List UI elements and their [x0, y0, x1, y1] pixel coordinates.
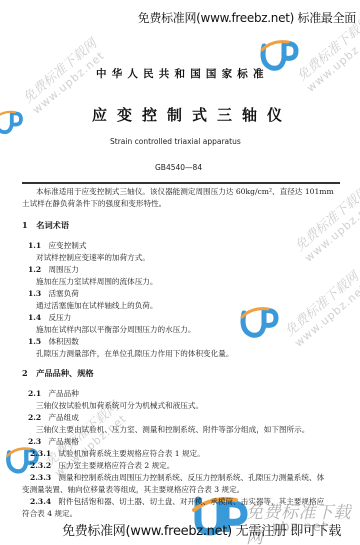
- item-text: 施加在压力室试样周围的流体压力。: [36, 276, 158, 288]
- section-number: 1: [22, 220, 28, 230]
- header-divider: [22, 182, 340, 184]
- subitem-text: 压力室主要规格应符合表 2 规定。: [58, 461, 174, 470]
- subitem-number: 2.3.3: [30, 473, 51, 482]
- item-heading: 1.3 活塞负荷: [28, 288, 79, 300]
- item-number: 2.2: [28, 413, 41, 422]
- item-heading: 1.1 应变控制式: [28, 240, 86, 252]
- document-page: 免费标准网(www.freebz.net) 标准最全面 免费标准下载网 www.…: [0, 0, 360, 545]
- subitem-number: 2.3.4: [30, 497, 51, 506]
- item-heading: 2.2 产品组成: [28, 412, 79, 424]
- item-text: 三轴仪按试验机加荷系统可分为机械式和液压式。: [36, 400, 203, 412]
- section-heading-1: 1 名词术语: [22, 219, 69, 231]
- watermark-text: 免费标准下载网 www.upbz.net: [280, 266, 360, 349]
- watermark-cn: 免费标准下载网: [283, 270, 360, 340]
- section-title: 名词术语: [36, 220, 69, 230]
- item-text: 通过活塞施加在试样轴线上的负荷。: [36, 300, 158, 312]
- item-heading: 1.4 反压力: [28, 312, 71, 324]
- subitem: 2.3.3 测量和控制系统由周围压力控制系统、反压力控制系统、孔隙压力测量系统、…: [30, 472, 324, 484]
- subitem-continuation: 变测量装置、轴向位移量表等组成，其主要规格应符合表 3 规定。: [22, 484, 244, 496]
- item-title: 周围压力: [48, 265, 78, 274]
- item-number: 1.4: [28, 313, 41, 322]
- subitem: 2.3.1 试验机加荷系统主要规格应符合表 1 规定。: [30, 448, 205, 460]
- item-title: 应变控制式: [48, 241, 86, 250]
- item-number: 1.2: [28, 265, 41, 274]
- bottom-banner: 免费标准网(www.freebz.net) 无需注册 即可下载: [62, 520, 341, 539]
- intro-line-2: 土试样在静负荷条件下的强度和变形特性。: [22, 198, 166, 210]
- page-title: 应变控制式三轴仪: [92, 104, 292, 125]
- item-heading: 1.2 周围压力: [28, 264, 79, 276]
- item-number: 1.1: [28, 241, 41, 250]
- watermark-url: www.upbz.net: [292, 281, 360, 349]
- item-text: 施加在试样内部以平衡部分周围压力的水压力。: [36, 324, 195, 336]
- subitem-continuation: 符合表 4 规定。: [22, 508, 77, 520]
- item-heading: 2.1 产品品种: [28, 388, 79, 400]
- up-logo-icon: [0, 106, 24, 138]
- item-text: 对试样控制应变速率的加荷方式。: [36, 252, 150, 264]
- subitem-text: 试验机加荷系统主要规格应符合表 1 规定。: [58, 449, 204, 458]
- watermark-cn: 免费标准下载网: [21, 37, 100, 107]
- national-standard-label: 中华人民共和国国家标准: [96, 66, 269, 81]
- subitem-text: 附件包括饱和器、切土器、切土盘、对开模、承模筒、击实器等，其主要规格应: [58, 497, 324, 506]
- section-heading-2: 2 产品品种、规格: [22, 367, 94, 379]
- item-text: 三轴仪主要由试验机、压力室、测量和控制系统、附件等部分组成，如下图所示。: [36, 424, 309, 436]
- watermark-url: www.upbz.net: [302, 196, 360, 264]
- standard-code: GB4540—84: [155, 163, 202, 172]
- item-text: 孔隙压力测量部件，在单位孔隙压力作用下的体积变化量。: [36, 348, 233, 360]
- item-title: 产品规格: [48, 437, 78, 446]
- item-title: 产品品种: [48, 389, 78, 398]
- item-title: 反压力: [48, 313, 71, 322]
- subtitle-en: Strain controlled triaxial apparatus: [110, 137, 241, 146]
- watermark-url: www.upbz.net: [304, 26, 360, 94]
- item-heading: 2.3 产品规格: [28, 436, 79, 448]
- item-number: 1.5: [28, 337, 41, 346]
- up-logo-icon: [238, 300, 280, 344]
- subitem-number: 2.3.1: [30, 449, 51, 458]
- subitem-number: 2.3.2: [30, 461, 51, 470]
- item-number: 2.1: [28, 389, 41, 398]
- item-number: 1.3: [28, 289, 41, 298]
- item-number: 2.3: [28, 437, 41, 446]
- section-title: 产品品种、规格: [36, 368, 93, 378]
- item-title: 产品组成: [48, 413, 78, 422]
- section-number: 2: [22, 368, 28, 378]
- subitem-text: 测量和控制系统由周围压力控制系统、反压力控制系统、孔隙压力测量系统、体: [58, 473, 324, 482]
- intro-line-1: 本标准适用于应变控制式三轴仪。该仪器能测定周围压力达 60kg/cm²、直径达 …: [36, 186, 334, 198]
- subitem: 2.3.4 附件包括饱和器、切土器、切土盘、对开模、承模筒、击实器等，其主要规格…: [30, 496, 324, 508]
- item-title: 活塞负荷: [48, 289, 78, 298]
- item-heading: 1.5 体积因数: [28, 336, 79, 348]
- subitem: 2.3.2 压力室主要规格应符合表 2 规定。: [30, 460, 174, 472]
- item-title: 体积因数: [48, 337, 78, 346]
- top-banner: 免费标准网(www.freebz.net) 标准最全面: [138, 9, 356, 26]
